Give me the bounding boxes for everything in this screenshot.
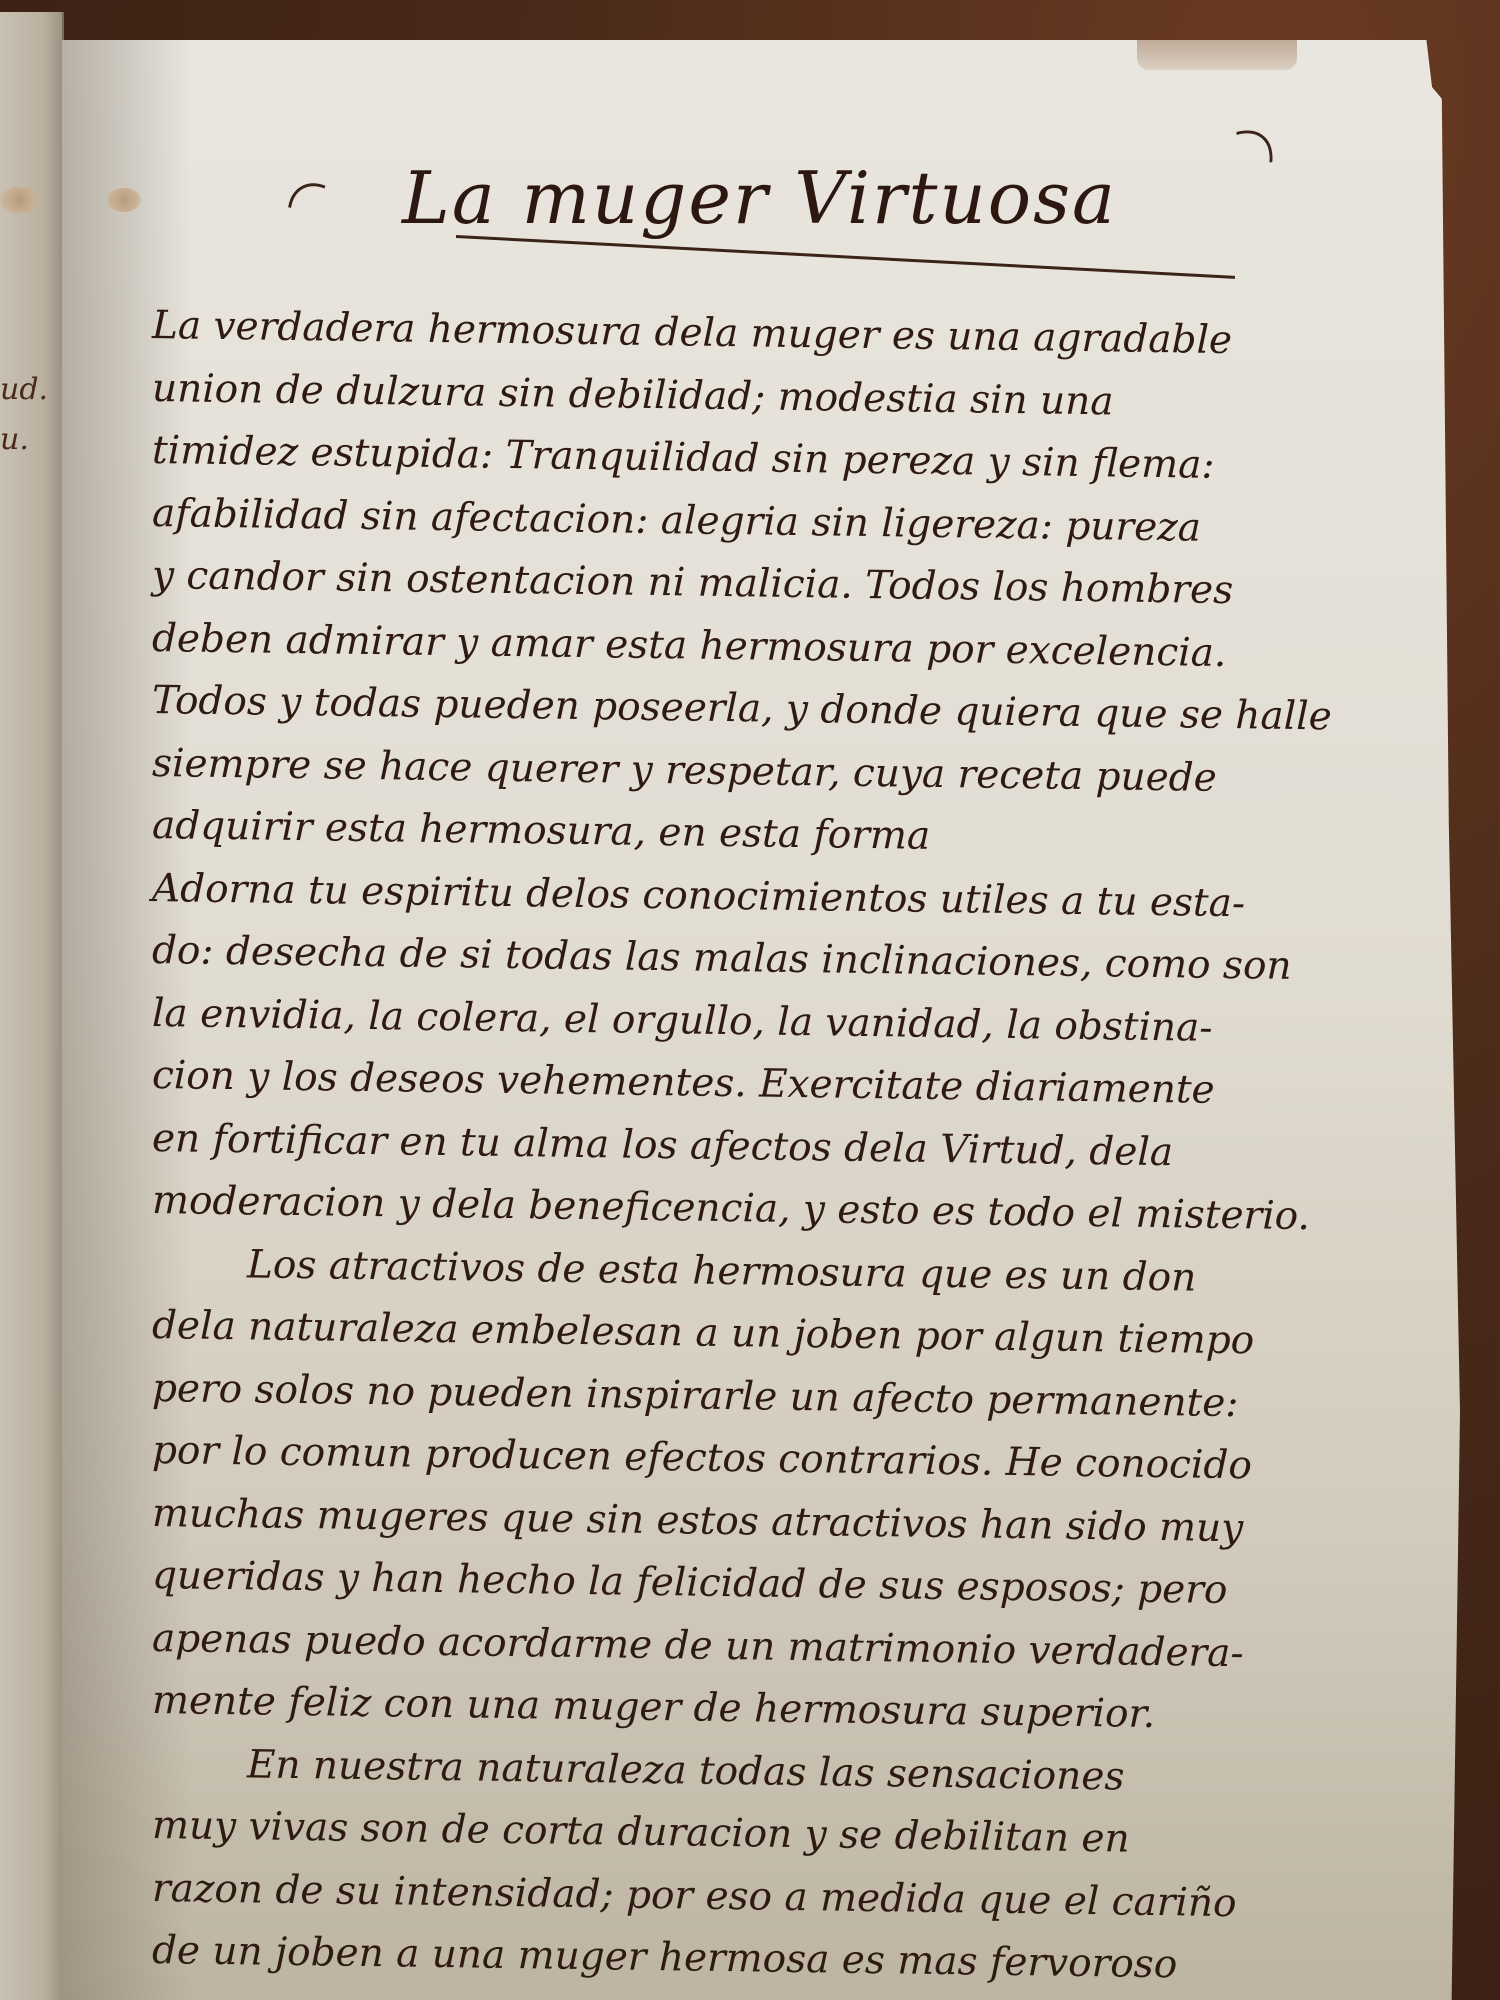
left-page-fragment: u.: [0, 422, 29, 457]
paragraph: Adorna tu espiritu delos conocimientos u…: [152, 858, 1452, 1233]
paragraph: La verdadera hermosura dela muger es una…: [152, 295, 1452, 858]
flourish-decoration: [272, 170, 377, 286]
flourish-decoration: [1147, 111, 1293, 264]
paragraph: Los atractivos de esta hermosura que es …: [152, 1233, 1452, 1733]
paragraph: muy vivas son de corta duracion y se deb…: [152, 1795, 1452, 1983]
manuscript-page: La muger Virtuosa La verdadera hermosura…: [62, 40, 1460, 2000]
torn-edge: [1137, 40, 1297, 70]
title-block: La muger Virtuosa: [362, 140, 1262, 260]
title-underline: [456, 235, 1235, 279]
left-page-fragment: ud.: [0, 372, 48, 407]
page-title: La muger Virtuosa: [402, 156, 1117, 240]
facing-left-page: ud. u.: [0, 12, 64, 2000]
ink-stain: [0, 187, 40, 213]
manuscript-text: La verdadera hermosura dela muger es una…: [152, 295, 1452, 1983]
ink-stain: [107, 188, 141, 212]
